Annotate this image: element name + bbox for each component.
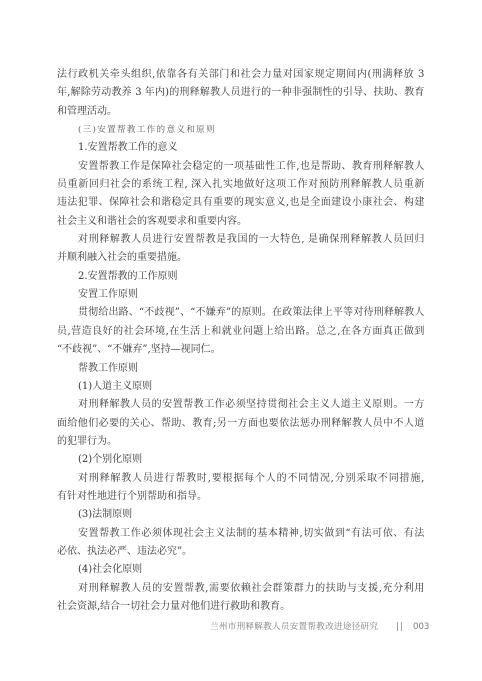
subsection-heading: 1.安置帮教工作的意义 xyxy=(57,139,424,157)
paragraph-line: 员,营造良好的社会环境,在生活上和就业问题上给出路。总之,在各方面真正做到 xyxy=(57,323,424,341)
paragraph-line: 对刑释解教人员进行帮教时,要根据每个人的不同情况,分别采取不同措施, xyxy=(57,470,424,488)
subsection-heading: 2.安置帮教的工作原则 xyxy=(57,268,424,286)
paragraph-line: 法行政机关牵头组织,依靠各有关部门和社会力量对国家规定期间内(刑满释放 3 xyxy=(57,66,424,84)
paragraph-line: 面给他们必要的关心、帮助、教育;另一方面也要依法惩办刑释解教人员中不人道 xyxy=(57,415,424,433)
paragraph-line: 的犯罪行为。 xyxy=(57,433,424,451)
footer-separator: || xyxy=(396,619,404,635)
paragraph-line: 安置帮教工作必须体现社会主义法制的基本精神,切实做到“有法可依、有法 xyxy=(57,525,424,543)
paragraph-line: 对刑释解教人员的安置帮教,需要依赖社会群策群力的扶助与支援,充分利用 xyxy=(57,580,424,598)
document-page: 法行政机关牵头组织,依靠各有关部门和社会力量对国家规定期间内(刑满释放 3 年,… xyxy=(0,0,482,681)
page-number: 003 xyxy=(413,619,429,635)
running-title: 兰州市刑释解教人员安置帮教改进途径研究 xyxy=(210,619,378,635)
paragraph-line: 贯彻给出路、“不歧视”、“不嫌弃”的原则。在政策法律上平等对待刑释解教人 xyxy=(57,304,424,322)
item-heading: (4)社会化原则 xyxy=(57,561,424,579)
paragraph-line: 安置帮教工作是保障社会稳定的一项基础性工作,也是帮助、教育刑释解教人 xyxy=(57,158,424,176)
item-heading: (2)个别化原则 xyxy=(57,451,424,469)
paragraph-line: 员重新回归社会的系统工程, 深入扎实地做好这项工作对预防刑释解教人员重新 xyxy=(57,176,424,194)
paragraph-line: 对刑释解教人员的安置帮教工作必须坚持贯彻社会主义人道主义原则。一方 xyxy=(57,396,424,414)
paragraph-line: 年,解除劳动教养 3 年内)的刑释解教人员进行的一种非强制性的引导、扶助、教育 xyxy=(57,84,424,102)
section-heading: (三)安置帮教工作的意义和原则 xyxy=(57,121,424,139)
paragraph-line: 社会主义和谐社会的客观要求和重要内容。 xyxy=(57,213,424,231)
paragraph-line: “不歧视”、“不嫌弃”,坚持—视同仁。 xyxy=(57,341,424,359)
paragraph-line: 有针对性地进行个别帮助和指导。 xyxy=(57,488,424,506)
paragraph-line: 并顺利融入社会的重要措施。 xyxy=(57,249,424,267)
item-heading: (1)人道主义原则 xyxy=(57,378,424,396)
item-heading: (3)法制原则 xyxy=(57,506,424,524)
paragraph-line: 对刑释解教人员进行安置帮教是我国的一大特色, 是确保刑释解教人员回归 xyxy=(57,231,424,249)
paragraph-line: 违法犯罪、保障社会和谐稳定具有重要的现实意义,也是全面建设小康社会、构建 xyxy=(57,194,424,212)
principle-heading: 安置工作原则 xyxy=(57,286,424,304)
principle-heading: 帮教工作原则 xyxy=(57,360,424,378)
paragraph-line: 必依、执法必严、违法必究”。 xyxy=(57,543,424,561)
paragraph-line: 和管理活动。 xyxy=(57,103,424,121)
body-text: 法行政机关牵头组织,依靠各有关部门和社会力量对国家规定期间内(刑满释放 3 年,… xyxy=(57,66,424,616)
paragraph-line: 社会资源,结合一切社会力量对他们进行救助和教育。 xyxy=(57,598,424,616)
